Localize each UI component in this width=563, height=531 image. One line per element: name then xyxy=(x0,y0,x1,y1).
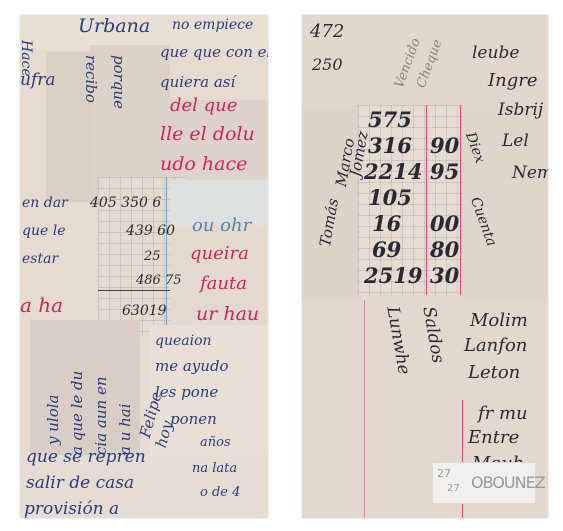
handwriting: quiera así xyxy=(160,73,235,91)
handwriting: leube xyxy=(472,43,519,63)
handwriting: Leton xyxy=(468,362,520,383)
label-number-top: 27 xyxy=(437,467,451,480)
handwriting: ufra xyxy=(20,70,56,90)
handwriting: que le xyxy=(22,223,65,239)
ledger-cents: 95 xyxy=(430,159,459,184)
handwriting: Isbrij xyxy=(498,100,543,120)
handwriting: porque xyxy=(110,55,128,109)
handwriting: Molim xyxy=(470,310,528,331)
ledger-amount: 16 xyxy=(372,211,401,236)
artwork-label-sticker: 27 27 OBOUNEZ xyxy=(432,462,536,504)
ledger-amount: 2519 xyxy=(364,263,422,288)
handwriting: fauta xyxy=(200,273,247,294)
ledger-number: 405 350 6 xyxy=(90,195,161,211)
handwriting: a ha xyxy=(20,293,63,317)
ledger-cents: 80 xyxy=(430,237,459,262)
handwriting: fr mu xyxy=(478,403,528,424)
ledger-number: 439 60 xyxy=(126,223,175,239)
handwriting: les pone xyxy=(155,383,218,401)
handwriting: queaion xyxy=(155,333,212,349)
handwriting: me ayudo xyxy=(155,357,229,375)
label-number-bottom: 27 xyxy=(447,483,460,494)
handwriting: salir de casa xyxy=(26,473,134,493)
ledger-amount: 575 xyxy=(368,107,412,132)
handwriting: udo hace xyxy=(160,153,247,175)
handwriting: Lanfon xyxy=(464,335,527,356)
ledger-cents: 90 xyxy=(430,133,459,158)
ledger-number: 63019 xyxy=(122,303,167,319)
ledger-cents: 00 xyxy=(430,211,459,236)
handwriting: ponen xyxy=(170,410,217,428)
handwriting: que que con el xyxy=(160,43,268,61)
handwriting: ou ohr xyxy=(192,215,251,236)
label-name: OBOUNEZ xyxy=(471,473,545,492)
handwriting: o de 4 xyxy=(200,485,240,500)
collage-artwork-left: Urbana no empiece que que con el quiera … xyxy=(20,15,268,518)
handwriting: estar xyxy=(22,251,58,267)
handwriting: Nem xyxy=(512,163,548,183)
handwriting: recibo xyxy=(82,55,100,103)
ledger-amount: 105 xyxy=(368,185,412,210)
handwriting: del que xyxy=(170,95,237,116)
ledger-amount: 69 xyxy=(372,237,401,262)
handwriting: cia aun en xyxy=(92,377,110,455)
ledger-number: 25 xyxy=(144,249,161,264)
handwriting: 250 xyxy=(312,55,343,74)
ledger-amount: 316 xyxy=(368,133,412,158)
handwriting: provisión a xyxy=(24,499,119,518)
handwriting: ur hau xyxy=(196,303,259,325)
handwriting: lle el dolu xyxy=(160,123,255,145)
handwriting: Ingre xyxy=(488,70,537,91)
handwriting: queira xyxy=(190,243,249,264)
handwriting: Urbana xyxy=(78,15,150,37)
collage-artwork-right: 472 250 Tomás Marco Jomez Cheque Vencido… xyxy=(302,15,548,518)
handwriting: Entre xyxy=(468,427,519,448)
handwriting: en dar xyxy=(22,195,68,211)
handwriting: no empiece xyxy=(172,17,253,33)
ledger-amount: 2214 xyxy=(364,159,422,184)
ledger-cents: 30 xyxy=(430,263,459,288)
ledger-number: 486 75 xyxy=(136,273,182,288)
handwriting: Lel xyxy=(502,131,529,151)
handwriting: años xyxy=(200,435,231,450)
handwriting: 472 xyxy=(310,21,344,42)
handwriting: y ulola xyxy=(44,395,62,445)
handwriting: na lata xyxy=(192,461,237,476)
handwriting: que se repren xyxy=(26,447,146,467)
handwriting: a que le du xyxy=(68,371,86,455)
